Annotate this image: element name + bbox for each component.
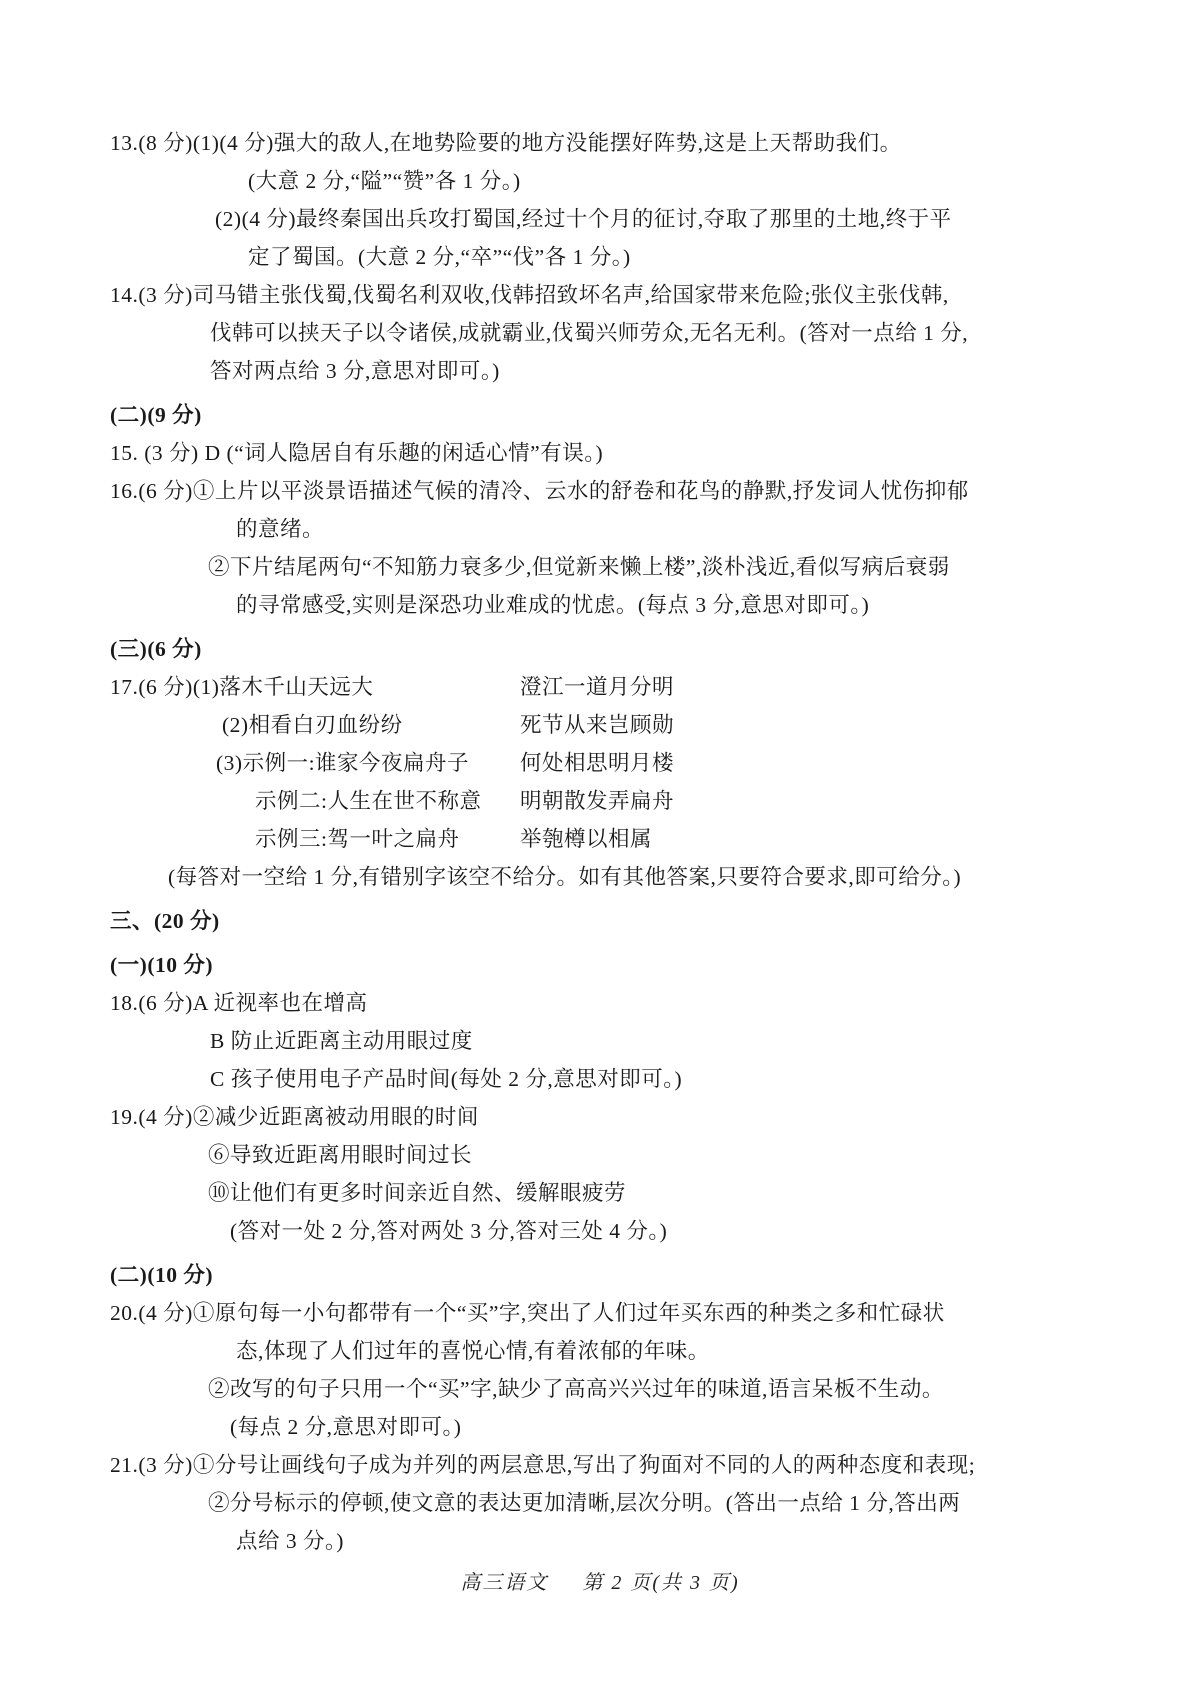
section-header-line: (三)(6 分) [110, 630, 1110, 668]
section-header-line: (一)(10 分) [110, 946, 1110, 984]
answer-line: 19.(4 分)②减少近距离被动用眼的时间 [110, 1098, 1110, 1136]
section-header-line: (二)(9 分) [110, 396, 1110, 434]
footer-course-title: 高三语文 [460, 1572, 548, 1594]
couplet-second-half: 澄江一道月分明 [520, 675, 674, 699]
answer-line: 示例三:驾一叶之扁舟举匏樽以相属 [110, 820, 1110, 858]
couplet-first-half: 示例二:人生在世不称意 [255, 782, 520, 820]
answer-line: 17.(6 分)(1)落木千山天远大澄江一道月分明 [110, 668, 1110, 706]
answer-line: 定了蜀国。(大意 2 分,“卒”“伐”各 1 分。) [110, 238, 1110, 276]
answer-line: ②改写的句子只用一个“买”字,缺少了高高兴兴过年的味道,语言呆板不生动。 [110, 1370, 1110, 1408]
answer-line: ②下片结尾两句“不知筋力衰多少,但觉新来懒上楼”,淡朴浅近,看似写病后衰弱 [110, 548, 1110, 586]
answer-line: 15. (3 分) D (“词人隐居自有乐趣的闲适心情”有误。) [110, 434, 1110, 472]
couplet-first-half: 示例三:驾一叶之扁舟 [255, 820, 520, 858]
answer-line: ⑥导致近距离用眼时间过长 [110, 1136, 1110, 1174]
section-header-line: 三、(20 分) [110, 902, 1110, 940]
answer-line: 态,体现了人们过年的喜悦心情,有着浓郁的年味。 [110, 1332, 1110, 1370]
answer-lines: 13.(8 分)(1)(4 分)强大的敌人,在地势险要的地方没能摆好阵势,这是上… [110, 124, 1110, 1560]
answer-line: 示例二:人生在世不称意明朝散发弄扁舟 [110, 782, 1110, 820]
answer-line: 的寻常感受,实则是深恐功业难成的忧虑。(每点 3 分,意思对即可。) [110, 586, 1110, 624]
couplet-first-half: (2)相看白刃血纷纷 [222, 706, 520, 744]
answer-line: 13.(8 分)(1)(4 分)强大的敌人,在地势险要的地方没能摆好阵势,这是上… [110, 124, 1110, 162]
document-page: 13.(8 分)(1)(4 分)强大的敌人,在地势险要的地方没能摆好阵势,这是上… [0, 0, 1200, 1687]
couplet-second-half: 明朝散发弄扁舟 [520, 789, 674, 813]
answer-line: (2)(4 分)最终秦国出兵攻打蜀国,经过十个月的征讨,夺取了那里的土地,终于平 [110, 200, 1110, 238]
answer-line: (2)相看白刃血纷纷死节从来岂顾勋 [110, 706, 1110, 744]
couplet-second-half: 举匏樽以相属 [520, 827, 652, 851]
answer-line: 点给 3 分。) [110, 1522, 1110, 1560]
answer-line: 16.(6 分)①上片以平淡景语描述气候的清冷、云水的舒卷和花鸟的静默,抒发词人… [110, 472, 1110, 510]
answer-line: 14.(3 分)司马错主张伐蜀,伐蜀名利双收,伐韩招致坏名声,给国家带来危险;张… [110, 276, 1110, 314]
footer-page-number: 第 2 页(共 3 页) [582, 1572, 739, 1594]
answer-line: B 防止近距离主动用眼过度 [110, 1022, 1110, 1060]
answer-line: ②分号标示的停顿,使文意的表达更加清晰,层次分明。(答出一点给 1 分,答出两 [110, 1484, 1110, 1522]
answer-line: (答对一处 2 分,答对两处 3 分,答对三处 4 分。) [110, 1212, 1110, 1250]
answer-line: 20.(4 分)①原句每一小句都带有一个“买”字,突出了人们过年买东西的种类之多… [110, 1294, 1110, 1332]
couplet-second-half: 何处相思明月楼 [520, 751, 674, 775]
couplet-first-half: 17.(6 分)(1)落木千山天远大 [110, 668, 520, 706]
answer-line: 18.(6 分)A 近视率也在增高 [110, 984, 1110, 1022]
page-footer: 高三语文第 2 页(共 3 页) [0, 1566, 1200, 1595]
answer-line: ⑩让他们有更多时间亲近自然、缓解眼疲劳 [110, 1174, 1110, 1212]
answer-line: 伐韩可以挟天子以令诸侯,成就霸业,伐蜀兴师劳众,无名无利。(答对一点给 1 分, [110, 314, 1110, 352]
answer-line: (每点 2 分,意思对即可。) [110, 1408, 1110, 1446]
answer-line: (大意 2 分,“隘”“赞”各 1 分。) [110, 162, 1110, 200]
section-header-line: (二)(10 分) [110, 1256, 1110, 1294]
answer-line: (每答对一空给 1 分,有错别字该空不给分。如有其他答案,只要符合要求,即可给分… [110, 858, 1110, 896]
answer-line: 的意绪。 [110, 510, 1110, 548]
answer-line: 21.(3 分)①分号让画线句子成为并列的两层意思,写出了狗面对不同的人的两种态… [110, 1446, 1110, 1484]
answer-line: C 孩子使用电子产品时间(每处 2 分,意思对即可。) [110, 1060, 1110, 1098]
answer-line: 答对两点给 3 分,意思对即可。) [110, 352, 1110, 390]
answer-line: (3)示例一:谁家今夜扁舟子何处相思明月楼 [110, 744, 1110, 782]
couplet-first-half: (3)示例一:谁家今夜扁舟子 [216, 744, 520, 782]
couplet-second-half: 死节从来岂顾勋 [520, 713, 674, 737]
